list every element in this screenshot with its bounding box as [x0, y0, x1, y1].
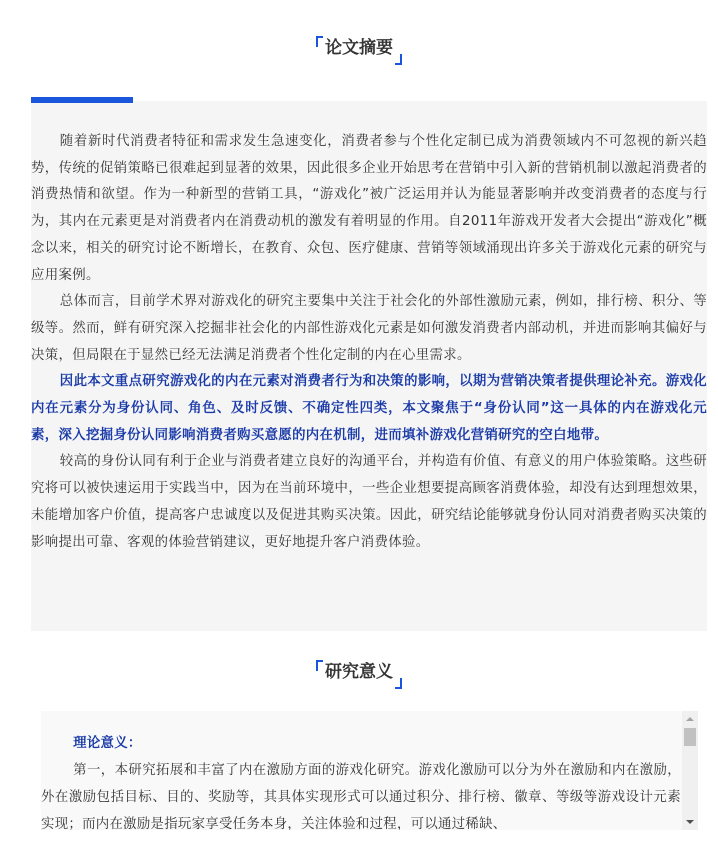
accent-bar [31, 97, 133, 103]
scroll-down-arrow-icon[interactable] [686, 820, 694, 824]
scroll-up-arrow-icon[interactable] [686, 717, 694, 721]
meaning-content: 理论意义： 第一，本研究拓展和丰富了内在激励方面的游戏化研究。游戏化激励可以分为… [41, 730, 681, 830]
abstract-paragraph: 总体而言，目前学术界对游戏化的研究主要集中关注于社会化的外部性激励元素，例如，排… [31, 289, 707, 369]
bracket-close-icon [395, 678, 402, 689]
meaning-title-text: 研究意义 [325, 662, 393, 682]
abstract-emphasis-paragraph: 因此本文重点研究游戏化的内在元素对消费者行为和决策的影响，以期为营销决策者提供理… [31, 369, 707, 449]
abstract-section-title: 论文摘要 [0, 33, 718, 58]
meaning-paragraph: 第一，本研究拓展和丰富了内在激励方面的游戏化研究。游戏化激励可以分为外在激励和内… [41, 757, 681, 830]
scroll-thumb[interactable] [684, 728, 696, 746]
bracket-close-icon [395, 54, 402, 65]
bracket-open-icon [316, 660, 323, 671]
abstract-paragraph: 随着新时代消费者特征和需求发生急速变化，消费者参与个性化定制已成为消费领域内不可… [31, 129, 707, 289]
abstract-body: 随着新时代消费者特征和需求发生急速变化，消费者参与个性化定制已成为消费领域内不可… [31, 129, 707, 556]
abstract-title-text: 论文摘要 [325, 38, 393, 58]
meaning-scroll-box[interactable]: 理论意义： 第一，本研究拓展和丰富了内在激励方面的游戏化研究。游戏化激励可以分为… [41, 711, 698, 830]
abstract-paragraph: 较高的身份认同有利于企业与消费者建立良好的沟通平台，并构造有价值、有意义的用户体… [31, 449, 707, 556]
theory-subheading: 理论意义： [41, 730, 681, 757]
vertical-scrollbar[interactable] [682, 711, 698, 830]
meaning-section-title: 研究意义 [0, 657, 718, 682]
bracket-open-icon [316, 36, 323, 47]
